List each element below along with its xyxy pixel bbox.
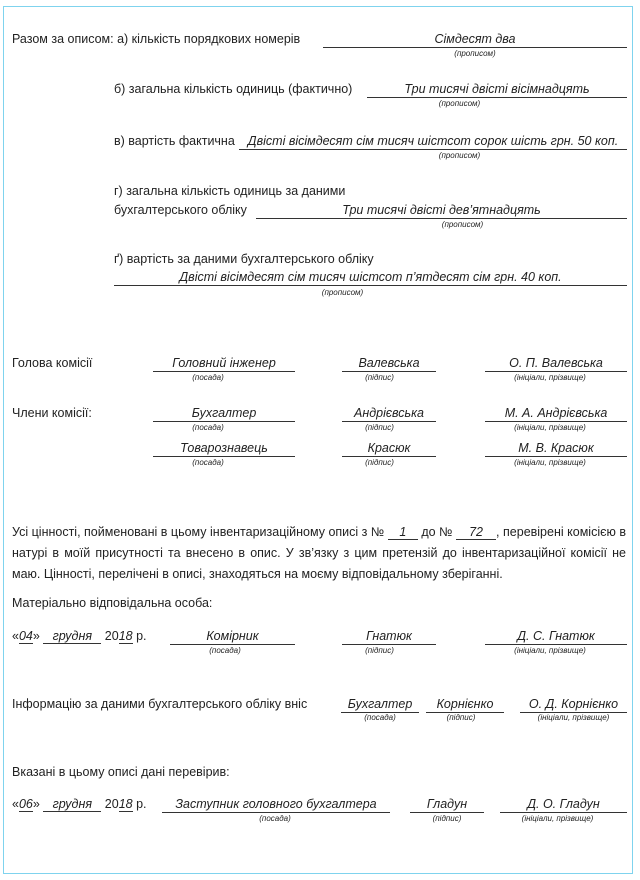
caption-initials: (ініціали, прізвище) <box>500 814 615 824</box>
verified-month-field[interactable]: грудня <box>43 797 101 812</box>
caption-pidpys: (підпис) <box>426 713 496 723</box>
year-prefix: 20 <box>105 629 119 643</box>
caption-initials: (ініціали, прізвище) <box>485 373 615 383</box>
responsible-signature-field[interactable]: Гнатюк <box>342 629 436 645</box>
head-name-field[interactable]: О. П. Валевська <box>485 356 627 372</box>
caption-propysom: (прописом) <box>370 220 555 230</box>
accounting-position-field[interactable]: Бухгалтер <box>341 697 419 713</box>
caption-pidpys: (підпис) <box>342 423 417 433</box>
statement-text-1: Усі цінності, пойменовані в цьому інвент… <box>12 525 384 539</box>
commission-head-label: Голова комісії <box>12 356 92 371</box>
responsible-month-field[interactable]: грудня <box>43 629 101 644</box>
head-signature-field[interactable]: Валевська <box>342 356 436 372</box>
caption-posada: (посада) <box>153 458 263 468</box>
year-prefix: 20 <box>105 797 119 811</box>
caption-posada: (посада) <box>341 713 419 723</box>
accounting-units-label-2: бухгалтерського обліку <box>114 203 247 218</box>
actual-units-field[interactable]: Три тисячі двісті вісімнадцять <box>367 82 627 98</box>
totals-intro: Разом за описом: а) кількість порядкових… <box>12 32 300 47</box>
accounting-units-label-1: г) загальна кількість одиниць за даними <box>114 184 345 199</box>
accounting-value-field[interactable]: Двісті вісімдесят сім тисяч шістсот п’ят… <box>114 270 627 286</box>
caption-posada: (посада) <box>170 646 280 656</box>
verified-day-field[interactable]: 06 <box>19 797 33 812</box>
caption-propysom: (прописом) <box>323 49 627 59</box>
responsible-position-field[interactable]: Комірник <box>170 629 295 645</box>
commission-members-label: Члени комісії: <box>12 406 92 421</box>
responsible-name-field[interactable]: Д. С. Гнатюк <box>485 629 627 645</box>
from-number-field[interactable]: 1 <box>388 525 418 540</box>
actual-value-label: в) вартість фактична <box>114 134 235 149</box>
caption-posada: (посада) <box>153 373 263 383</box>
caption-propysom: (прописом) <box>250 288 435 298</box>
year-suffix-label: р. <box>136 629 146 643</box>
caption-pidpys: (підпис) <box>410 814 484 824</box>
member-1-position-field[interactable]: Бухгалтер <box>153 406 295 422</box>
caption-initials: (ініціали, прізвище) <box>485 423 615 433</box>
actual-units-label: б) загальна кількість одиниць (фактично) <box>114 82 352 97</box>
year-suffix-label: р. <box>136 797 146 811</box>
caption-initials: (ініціали, прізвище) <box>485 458 615 468</box>
caption-propysom: (прописом) <box>367 151 552 161</box>
to-number-field[interactable]: 72 <box>456 525 496 540</box>
total-items-count-field[interactable]: Сімдесят два <box>323 32 627 48</box>
accounting-units-field[interactable]: Три тисячі двісті дев’ятнадцять <box>256 203 627 219</box>
responsible-date: «04» грудня 2018 р. <box>12 629 147 644</box>
verified-label: Вказані в цьому описі дані перевірив: <box>12 765 230 780</box>
verified-signature-field[interactable]: Гладун <box>410 797 484 813</box>
caption-pidpys: (підпис) <box>342 646 417 656</box>
member-1-name-field[interactable]: М. А. Андрієвська <box>485 406 627 422</box>
responsible-person-label: Матеріально відповідальна особа: <box>12 596 212 611</box>
caption-pidpys: (підпис) <box>342 373 417 383</box>
accounting-signature-field[interactable]: Корнієнко <box>426 697 504 713</box>
actual-value-field[interactable]: Двісті вісімдесят сім тисяч шістсот соро… <box>239 134 627 150</box>
caption-posada: (посада) <box>200 814 350 824</box>
responsible-year-field[interactable]: 18 <box>119 629 133 644</box>
verified-date: «06» грудня 2018 р. <box>12 797 147 812</box>
accounting-value-label: ґ) вартість за даними бухгалтерського об… <box>114 252 374 267</box>
verified-year-field[interactable]: 18 <box>119 797 133 812</box>
caption-posada: (посада) <box>153 423 263 433</box>
member-1-signature-field[interactable]: Андрієвська <box>342 406 436 422</box>
caption-initials: (ініціали, прізвище) <box>520 713 627 723</box>
responsible-day-field[interactable]: 04 <box>19 629 33 644</box>
verified-name-field[interactable]: Д. О. Гладун <box>500 797 627 813</box>
accounting-name-field[interactable]: О. Д. Корнієнко <box>520 697 627 713</box>
statement-text-2: до № <box>421 525 452 539</box>
caption-propysom: (прописом) <box>367 99 552 109</box>
verified-position-field[interactable]: Заступник головного бухгалтера <box>162 797 390 813</box>
member-2-position-field[interactable]: Товарознавець <box>153 441 295 457</box>
member-2-name-field[interactable]: М. В. Красюк <box>485 441 627 457</box>
member-2-signature-field[interactable]: Красюк <box>342 441 436 457</box>
caption-pidpys: (підпис) <box>342 458 417 468</box>
caption-initials: (ініціали, прізвище) <box>485 646 615 656</box>
head-position-field[interactable]: Головний інженер <box>153 356 295 372</box>
statement-paragraph: Усі цінності, пойменовані в цьому інвент… <box>12 522 626 585</box>
accounting-info-label: Інформацію за даними бухгалтерського обл… <box>12 697 307 712</box>
